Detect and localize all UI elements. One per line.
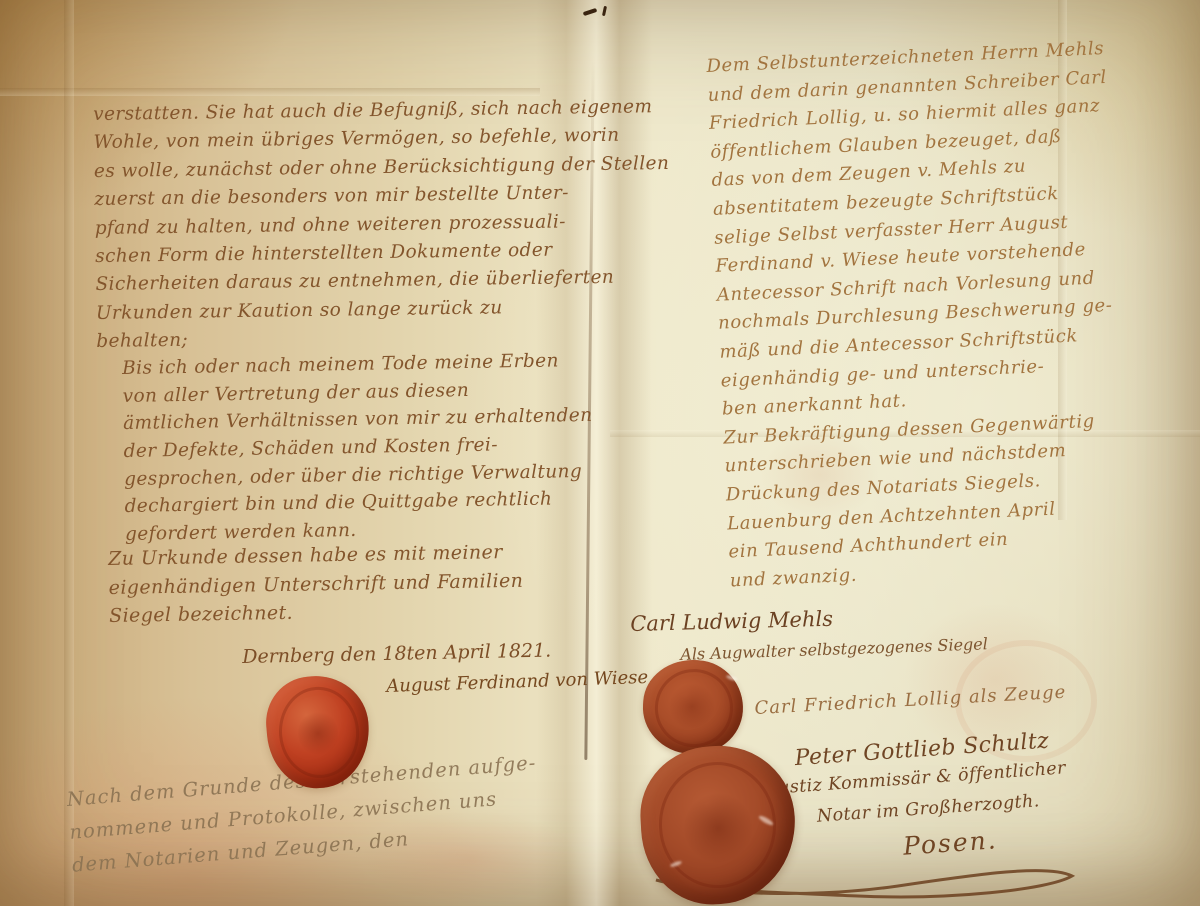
- signature-von-wiese: August Ferdinand von Wiese.: [386, 667, 654, 697]
- signature-carl-ludwig-mehls: Carl Ludwig Mehls: [630, 607, 833, 636]
- wax-seal-right-small: [640, 657, 746, 758]
- notary-signature-block: Peter Gottlieb Schultz Justiz Kommissär …: [768, 727, 1072, 871]
- ink-blot: [583, 6, 609, 18]
- mehls-seal-note: Als Augwalter selbstgezogenes Siegel: [680, 634, 988, 664]
- left-page-closing: Zu Urkunde dessen habe es mit meiner eig…: [108, 541, 524, 634]
- handwritten-line: Siegel bezeichnet.: [109, 598, 524, 634]
- witness-signature-lollig: Carl Friedrich Lollig als Zeuge: [754, 682, 1067, 719]
- manuscript-photo: verstatten. Sie hat auch die Befugniß, s…: [0, 0, 1200, 906]
- left-page-paragraph-1: verstatten. Sie hat auch die Befugniß, s…: [93, 96, 672, 360]
- right-page-body: Dem Selbstunterzeichneten Herrn Mehls un…: [706, 38, 1130, 599]
- crease-line: [0, 88, 540, 96]
- left-page-paragraph-2: Bis ich oder nach meinem Tode meine Erbe…: [122, 350, 595, 552]
- crease-line: [64, 0, 74, 906]
- left-page-dateline: Dernberg den 18ten April 1821.: [242, 640, 551, 668]
